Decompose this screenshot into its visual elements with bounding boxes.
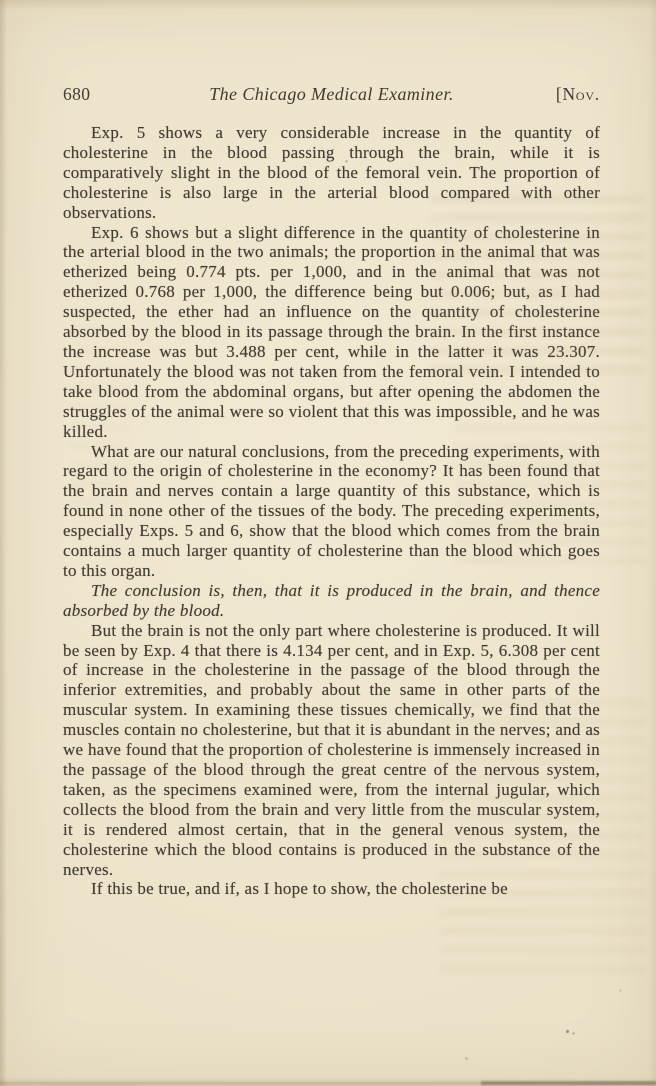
page-number: 680	[63, 84, 153, 105]
issue-month: [Nov.	[510, 84, 600, 105]
paragraph-conclusions-question: What are our natural conclusions, from t…	[63, 442, 600, 581]
body-text: Exp. 5 shows a very considerable increas…	[63, 123, 600, 899]
scan-edge-shadow	[0, 1082, 656, 1084]
page-scan: 680 The Chicago Medical Examiner. [Nov. …	[0, 0, 656, 1086]
scanned-journal-page: { "page": { "paper_color": "#ebe1c7", "i…	[0, 0, 656, 1086]
paragraph-exp5: Exp. 5 shows a very considerable increas…	[63, 123, 600, 223]
paper-specks	[0, 0, 1, 1]
paragraph-if-this-be-true: If this be true, and if, as I hope to sh…	[63, 879, 600, 899]
paragraph-brain-not-only: But the brain is not the only part where…	[63, 621, 600, 880]
paragraph-exp6: Exp. 6 shows but a slight difference in …	[63, 223, 600, 442]
paragraph-conclusion-italic: The conclusion is, then, that it is prod…	[63, 581, 600, 621]
running-header: 680 The Chicago Medical Examiner. [Nov.	[63, 84, 600, 105]
journal-title: The Chicago Medical Examiner.	[153, 84, 510, 105]
